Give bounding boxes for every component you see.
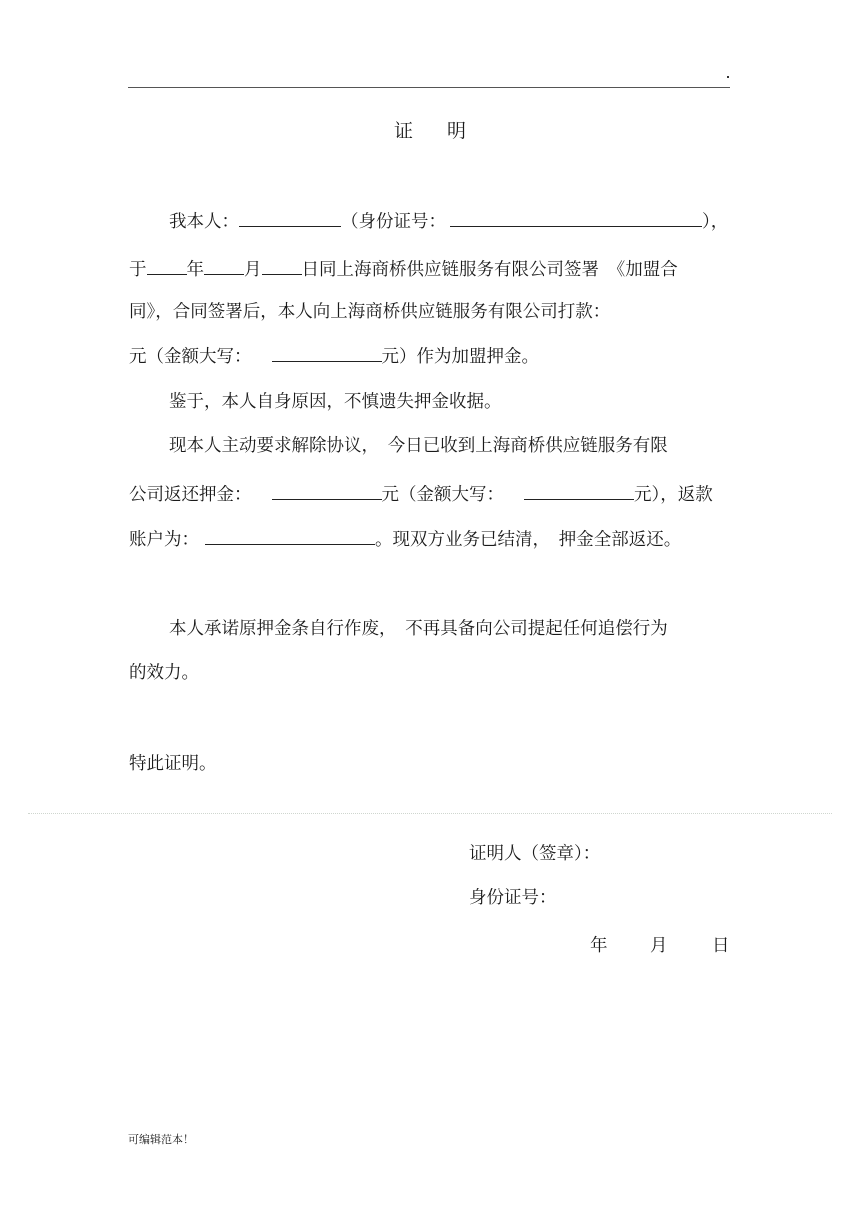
paragraph-3-line-2: 公司返还押金：元（金额大写：元），返款 (129, 481, 713, 507)
day-blank[interactable] (262, 256, 302, 275)
text: 元（金额大写： (129, 347, 252, 367)
text: （身份证号： (341, 212, 446, 232)
paragraph-1-line-1: 我本人：（身份证号：）， (169, 208, 728, 234)
paragraph-4-line-1: 本人承诺原押金条自行作废， 不再具备向公司提起任何追偿行为 (169, 617, 668, 641)
document-title: 证明 (0, 116, 860, 143)
text: 元）作为加盟押金。 (382, 347, 540, 367)
year-blank[interactable] (147, 256, 187, 275)
text: 日同上海商桥供应链服务有限公司签署 《加盟合 (302, 260, 678, 280)
month-blank[interactable] (204, 256, 244, 275)
text: ）， (702, 212, 728, 232)
date-year: 年 (590, 932, 608, 957)
text: 我本人： (169, 212, 239, 232)
signer-label: 证明人（签章）： (469, 842, 600, 866)
header-rule (128, 87, 730, 88)
title-char-2: 明 (447, 116, 466, 143)
header-dot (727, 76, 729, 78)
closing-statement: 特此证明。 (129, 752, 217, 776)
paragraph-1-line-2: 于年月日同上海商桥供应链服务有限公司签署 《加盟合 (129, 256, 678, 282)
date-month: 月 (650, 932, 668, 957)
text: 月 (244, 260, 262, 280)
text: 年 (187, 260, 205, 280)
text: 于 (129, 260, 147, 280)
paragraph-3-line-1: 现本人主动要求解除协议， 今日已收到上海商桥供应链服务有限 (169, 434, 668, 458)
refund-amount-blank[interactable] (272, 481, 382, 500)
name-blank[interactable] (239, 208, 341, 227)
id-number-blank[interactable] (450, 208, 702, 227)
paragraph-1-line-4: 元（金额大写：元）作为加盟押金。 (129, 343, 539, 369)
refund-amount-words-blank[interactable] (524, 481, 634, 500)
deposit-amount-words-blank[interactable] (272, 343, 382, 362)
paragraph-3-line-3: 账户为：。现双方业务已结清， 押金全部返还。 (129, 526, 681, 552)
id-number-label: 身份证号： (469, 886, 557, 910)
text: 。现双方业务已结清， 押金全部返还。 (375, 530, 681, 550)
paragraph-2: 鉴于，本人自身原因，不慎遗失押金收据。 (169, 390, 502, 414)
date-day: 日 (712, 932, 730, 957)
footer-note: 可编辑范本！ (128, 1131, 194, 1147)
text: 账户为： (129, 530, 199, 550)
refund-account-blank[interactable] (205, 526, 375, 545)
title-char-1: 证 (394, 116, 413, 143)
paragraph-4-line-2: 的效力。 (129, 661, 199, 685)
text: 元（金额大写： (382, 485, 505, 505)
page-break-separator (28, 813, 832, 814)
paragraph-1-line-3: 同》，合同签署后，本人向上海商桥供应链服务有限公司打款： (129, 300, 610, 324)
text: 元），返款 (634, 485, 713, 505)
text: 公司返还押金： (129, 485, 252, 505)
